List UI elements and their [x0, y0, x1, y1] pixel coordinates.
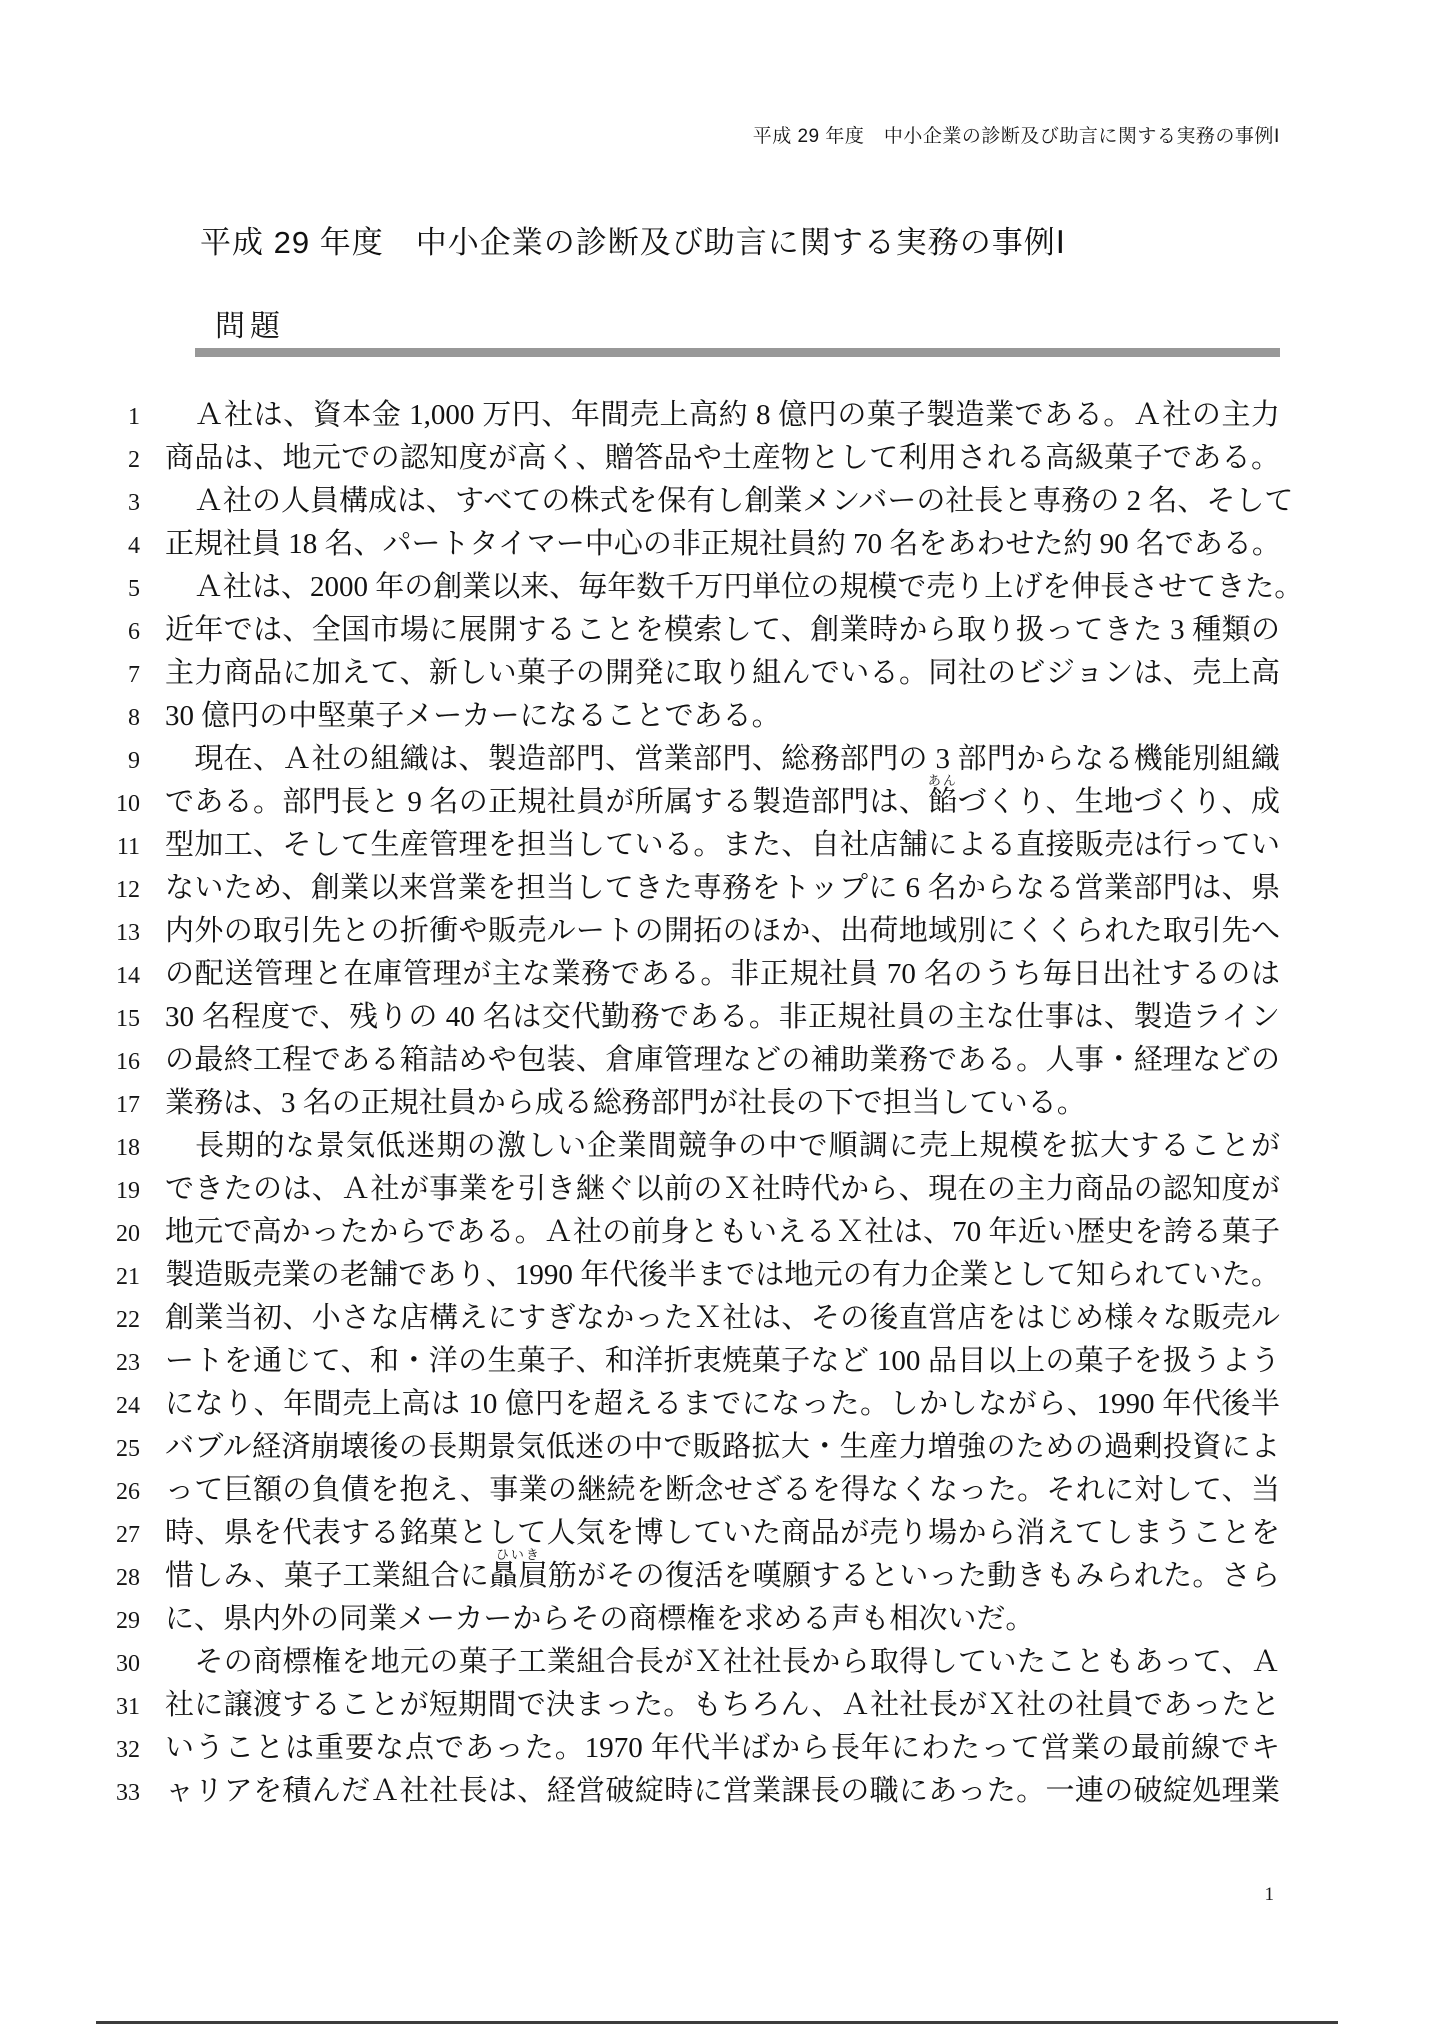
line-text: 創業当初、小さな店構えにすぎなかったＸ社は、その後直営店をはじめ様々な販売ル [165, 1297, 1280, 1340]
text-line: 29に、県内外の同業メーカーからその商標権を求める声も相次いだ。 [100, 1598, 1280, 1641]
line-number: 25 [100, 1428, 140, 1471]
text-line: 28惜しみ、菓子工業組合に贔屓ひいき筋がその復活を嘆願するといった動きもみられた… [100, 1555, 1280, 1598]
line-number: 18 [100, 1127, 140, 1170]
line-number: 16 [100, 1041, 140, 1084]
line-text: の配送管理と在庫管理が主な業務である。非正規社員 70 名のうち毎日出社するのは [165, 953, 1280, 996]
ruby-reading: ひいき [496, 1548, 541, 1561]
line-number: 19 [100, 1170, 140, 1213]
section-underline [195, 348, 1280, 357]
line-number: 31 [100, 1686, 140, 1729]
line-number: 24 [100, 1385, 140, 1428]
line-text: ートを通じて、和・洋の生菓子、和洋折衷焼菓子など 100 品目以上の菓子を扱うよ… [165, 1340, 1280, 1383]
line-text: 商品は、地元での認知度が高く、贈答品や土産物として利用される高級菓子である。 [165, 437, 1280, 480]
line-number: 6 [100, 611, 140, 654]
line-number: 23 [100, 1342, 140, 1385]
line-number: 28 [100, 1557, 140, 1600]
text-line: 830 億円の中堅菓子メーカーになることである。 [100, 695, 1280, 738]
text-line: 1530 名程度で、残りの 40 名は交代勤務である。非正規社員の主な仕事は、製… [100, 996, 1280, 1039]
document-page: { "page": { "running_header": "平成 29 年度 … [0, 0, 1434, 2025]
text-line: 4正規社員 18 名、パートタイマー中心の非正規社員約 70 名をあわせた約 9… [100, 523, 1280, 566]
line-number: 3 [100, 482, 140, 525]
text-line: 20地元で高かったからである。Ａ社の前身ともいえるＸ社は、70 年近い歴史を誇る… [100, 1211, 1280, 1254]
line-number: 30 [100, 1643, 140, 1686]
line-number: 8 [100, 697, 140, 740]
line-text: の最終工程である箱詰めや包装、倉庫管理などの補助業務である。人事・経理などの [165, 1039, 1280, 1082]
line-text: 近年では、全国市場に展開することを模索して、創業時から取り扱ってきた 3 種類の [165, 609, 1280, 652]
text-line: 1 Ａ社は、資本金 1,000 万円、年間売上高約 8 億円の菓子製造業である。… [100, 394, 1280, 437]
page-number: 1 [1265, 1884, 1275, 1906]
line-number: 32 [100, 1729, 140, 1772]
text-line: 22創業当初、小さな店構えにすぎなかったＸ社は、その後直営店をはじめ様々な販売ル [100, 1297, 1280, 1340]
line-number: 9 [100, 740, 140, 783]
text-line: 2商品は、地元での認知度が高く、贈答品や土産物として利用される高級菓子である。 [100, 437, 1280, 480]
ruby-base: 餡あん [928, 786, 957, 818]
text-line: 27時、県を代表する銘菓として人気を博していた商品が売り場から消えてしまうことを [100, 1512, 1280, 1555]
text-line: 32いうことは重要な点であった。1970 年代半ばから長年にわたって営業の最前線… [100, 1727, 1280, 1770]
ruby-base: 贔屓ひいき [489, 1560, 548, 1592]
line-number: 4 [100, 525, 140, 568]
running-header: 平成 29 年度 中小企業の診断及び助言に関する実務の事例Ⅰ [753, 121, 1280, 148]
text-line: 18 長期的な景気低迷期の激しい企業間競争の中で順調に売上規模を拡大することが [100, 1125, 1280, 1168]
line-text: 内外の取引先との折衝や販売ルートの開拓のほか、出荷地域別にくくられた取引先へ [165, 910, 1280, 953]
line-text: その商標権を地元の菓子工業組合長がＸ社社長から取得していたこともあって、Ａ [165, 1641, 1280, 1684]
line-number: 15 [100, 998, 140, 1041]
line-text: 主力商品に加えて、新しい菓子の開発に取り組んでいる。同社のビジョンは、売上高 [165, 652, 1280, 695]
line-number: 26 [100, 1471, 140, 1514]
text-line: 25バブル経済崩壊後の長期景気低迷の中で販路拡大・生産力増強のための過剰投資によ [100, 1426, 1280, 1469]
line-text: Ａ社の人員構成は、すべての株式を保有し創業メンバーの社長と専務の 2 名、そして [165, 480, 1293, 523]
line-text: 30 億円の中堅菓子メーカーになることである。 [165, 695, 1280, 738]
line-text: って巨額の負債を抱え、事業の継続を断念せざるを得なくなった。それに対して、当 [165, 1469, 1280, 1512]
text-line: 17業務は、3 名の正規社員から成る総務部門が社長の下で担当している。 [100, 1082, 1280, 1125]
page-title: 平成 29 年度 中小企業の診断及び助言に関する実務の事例Ⅰ [200, 217, 1066, 262]
text-line: 16の最終工程である箱詰めや包装、倉庫管理などの補助業務である。人事・経理などの [100, 1039, 1280, 1082]
line-number: 11 [100, 826, 140, 869]
line-text: である。部門長と 9 名の正規社員が所属する製造部門は、餡あんづくり、生地づくり… [165, 781, 1280, 824]
line-text: 長期的な景気低迷期の激しい企業間競争の中で順調に売上規模を拡大することが [165, 1125, 1280, 1168]
line-text: できたのは、Ａ社が事業を引き継ぐ以前のＸ社時代から、現在の主力商品の認知度が [165, 1168, 1280, 1211]
line-text: になり、年間売上高は 10 億円を超えるまでになった。しかしながら、1990 年… [165, 1383, 1280, 1426]
line-text: バブル経済崩壊後の長期景気低迷の中で販路拡大・生産力増強のための過剰投資によ [165, 1426, 1280, 1469]
text-line: 9 現在、Ａ社の組織は、製造部門、営業部門、総務部門の 3 部門からなる機能別組… [100, 738, 1280, 781]
text-line: 30 その商標権を地元の菓子工業組合長がＸ社社長から取得していたこともあって、Ａ [100, 1641, 1280, 1684]
line-number: 2 [100, 439, 140, 482]
line-text: に、県内外の同業メーカーからその商標権を求める声も相次いだ。 [165, 1598, 1280, 1641]
line-number: 33 [100, 1772, 140, 1815]
line-text: いうことは重要な点であった。1970 年代半ばから長年にわたって営業の最前線でキ [165, 1727, 1280, 1770]
text-line: 11型加工、そして生産管理を担当している。また、自社店舗による直接販売は行ってい [100, 824, 1280, 867]
line-number: 7 [100, 654, 140, 697]
line-text: Ａ社は、資本金 1,000 万円、年間売上高約 8 億円の菓子製造業である。Ａ社… [165, 394, 1280, 437]
text-line: 26って巨額の負債を抱え、事業の継続を断念せざるを得なくなった。それに対して、当 [100, 1469, 1280, 1512]
line-number: 21 [100, 1256, 140, 1299]
text-line: 12ないため、創業以来営業を担当してきた専務をトップに 6 名からなる営業部門は… [100, 867, 1280, 910]
line-text: 時、県を代表する銘菓として人気を博していた商品が売り場から消えてしまうことを [165, 1512, 1280, 1555]
text-line: 5 Ａ社は、2000 年の創業以来、毎年数千万円単位の規模で売り上げを伸長させて… [100, 566, 1280, 609]
text-line: 31社に譲渡することが短期間で決まった。もちろん、Ａ社社長がＸ社の社員であったと [100, 1684, 1280, 1727]
line-text: 型加工、そして生産管理を担当している。また、自社店舗による直接販売は行ってい [165, 824, 1280, 867]
bottom-divider [96, 2021, 1338, 2024]
text-line: 7主力商品に加えて、新しい菓子の開発に取り組んでいる。同社のビジョンは、売上高 [100, 652, 1280, 695]
line-number: 14 [100, 955, 140, 998]
line-text: 製造販売業の老舗であり、1990 年代後半までは地元の有力企業として知られていた… [165, 1254, 1280, 1297]
line-number: 5 [100, 568, 140, 611]
body-lines: 1 Ａ社は、資本金 1,000 万円、年間売上高約 8 億円の菓子製造業である。… [100, 394, 1280, 1813]
line-text: 惜しみ、菓子工業組合に贔屓ひいき筋がその復活を嘆願するといった動きもみられた。さ… [165, 1555, 1280, 1598]
line-text: 現在、Ａ社の組織は、製造部門、営業部門、総務部門の 3 部門からなる機能別組織 [165, 738, 1280, 781]
text-line: 19できたのは、Ａ社が事業を引き継ぐ以前のＸ社時代から、現在の主力商品の認知度が [100, 1168, 1280, 1211]
line-text: 30 名程度で、残りの 40 名は交代勤務である。非正規社員の主な仕事は、製造ラ… [165, 996, 1280, 1039]
line-number: 27 [100, 1514, 140, 1557]
text-line: 10である。部門長と 9 名の正規社員が所属する製造部門は、餡あんづくり、生地づ… [100, 781, 1280, 824]
line-number: 20 [100, 1213, 140, 1256]
text-line: 33ャリアを積んだＡ社社長は、経営破綻時に営業課長の職にあった。一連の破綻処理業 [100, 1770, 1280, 1813]
line-text: 地元で高かったからである。Ａ社の前身ともいえるＸ社は、70 年近い歴史を誇る菓子 [165, 1211, 1280, 1254]
text-line: 21製造販売業の老舗であり、1990 年代後半までは地元の有力企業として知られて… [100, 1254, 1280, 1297]
line-text: 正規社員 18 名、パートタイマー中心の非正規社員約 70 名をあわせた約 90… [165, 523, 1281, 566]
line-number: 13 [100, 912, 140, 955]
line-number: 10 [100, 783, 140, 826]
line-number: 29 [100, 1600, 140, 1643]
line-number: 22 [100, 1299, 140, 1342]
text-line: 13内外の取引先との折衝や販売ルートの開拓のほか、出荷地域別にくくられた取引先へ [100, 910, 1280, 953]
line-number: 1 [100, 396, 140, 439]
ruby-reading: あん [928, 774, 958, 787]
text-line: 3 Ａ社の人員構成は、すべての株式を保有し創業メンバーの社長と専務の 2 名、そ… [100, 480, 1280, 523]
section-heading-mondai: 問題 [215, 301, 285, 345]
line-number: 17 [100, 1084, 140, 1127]
text-line: 23ートを通じて、和・洋の生菓子、和洋折衷焼菓子など 100 品目以上の菓子を扱… [100, 1340, 1280, 1383]
line-text: ャリアを積んだＡ社社長は、経営破綻時に営業課長の職にあった。一連の破綻処理業 [165, 1770, 1280, 1813]
text-line: 6近年では、全国市場に展開することを模索して、創業時から取り扱ってきた 3 種類… [100, 609, 1280, 652]
line-text: Ａ社は、2000 年の創業以来、毎年数千万円単位の規模で売り上げを伸長させてきた… [165, 566, 1303, 609]
line-text: 業務は、3 名の正規社員から成る総務部門が社長の下で担当している。 [165, 1082, 1280, 1125]
line-text: ないため、創業以来営業を担当してきた専務をトップに 6 名からなる営業部門は、県 [165, 867, 1280, 910]
line-number: 12 [100, 869, 140, 912]
line-text: 社に譲渡することが短期間で決まった。もちろん、Ａ社社長がＸ社の社員であったと [165, 1684, 1280, 1727]
text-line: 24になり、年間売上高は 10 億円を超えるまでになった。しかしながら、1990… [100, 1383, 1280, 1426]
text-line: 14の配送管理と在庫管理が主な業務である。非正規社員 70 名のうち毎日出社する… [100, 953, 1280, 996]
